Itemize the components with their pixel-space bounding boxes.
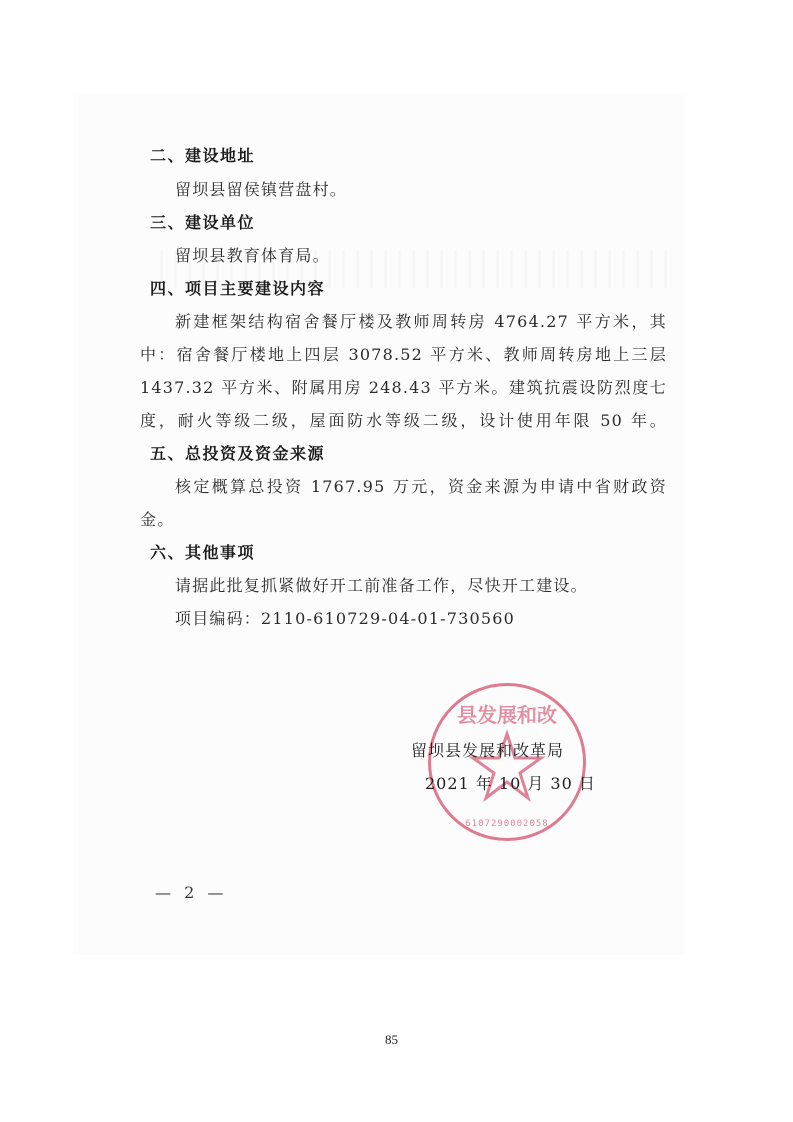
issuer-name: 留坝县发展和改革局 <box>411 741 564 761</box>
outer-page-number: 85 <box>385 1032 398 1048</box>
project-code: 项目编码：2110-610729-04-01-730560 <box>175 609 515 629</box>
section-heading-content: 四、项目主要建设内容 <box>150 279 325 299</box>
seal-code: 6107290002058 <box>465 819 548 829</box>
section-content-line-1: 新建框架结构宿舍餐厅楼及教师周转房 4764.27 平方米，其 <box>175 312 667 332</box>
section-text-builder: 留坝县教育体育局。 <box>175 246 330 266</box>
seal-text: 县发展和改 <box>457 703 557 727</box>
section-heading-other: 六、其他事项 <box>150 543 255 563</box>
inner-page-number: — 2 — <box>155 883 227 902</box>
section-heading-address: 二、建设地址 <box>150 146 255 166</box>
section-content-line-3: 1437.32 平方米、附属用房 248.43 平方米。建筑抗震设防烈度七 <box>140 378 667 398</box>
official-seal: 县发展和改 6107290002058 <box>428 683 586 841</box>
section-heading-investment: 五、总投资及资金来源 <box>150 444 325 464</box>
section-heading-builder: 三、建设单位 <box>150 213 255 233</box>
section-investment-line-2: 金。 <box>140 510 174 530</box>
section-content-line-2: 中：宿舍餐厅楼地上四层 3078.52 平方米、教师周转房地上三层 <box>140 345 667 365</box>
section-investment-line-1: 核定概算总投资 1767.95 万元，资金来源为申请中省财政资 <box>175 477 667 497</box>
section-text-address: 留坝县留侯镇营盘村。 <box>175 180 347 200</box>
section-other-line-1: 请据此批复抓紧做好开工前准备工作，尽快开工建设。 <box>175 576 588 596</box>
issue-date: 2021 年 10 月 30 日 <box>425 774 596 794</box>
section-content-line-4: 度，耐火等级二级，屋面防水等级二级，设计使用年限 50 年。 <box>140 411 667 431</box>
seal-star-icon: 县发展和改 6107290002058 <box>431 686 583 838</box>
